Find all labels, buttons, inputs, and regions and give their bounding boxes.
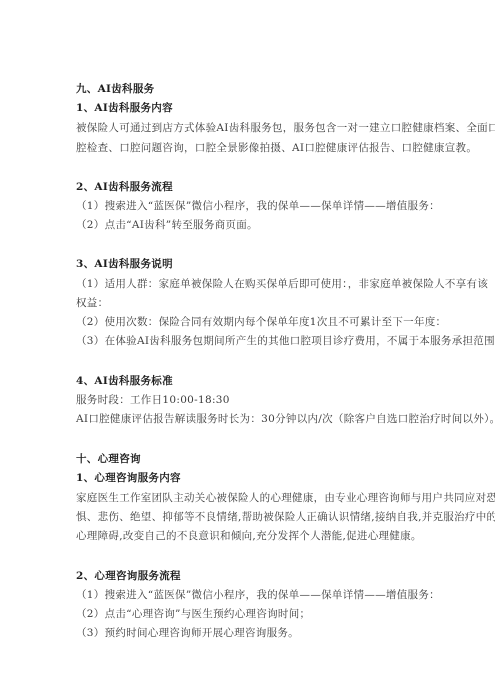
text-line: AI口腔健康评估报告解读服务时长为：30分钟以内/次（除客户自选口腔治疗时间以外… [76,412,495,426]
list-item: （3）在体验AI齿科服务包期间所产生的其他口腔项目诊疗费用，不属于本服务承担范围… [76,334,495,348]
list-item: （2）使用次数：保险合同有效期内每个保单年度1次且不可累计至下一年度： [76,315,446,329]
section-heading-psych-consult: 十、心理咨询 [76,452,141,466]
list-item: （2）点击“心理咨询”与医生预约心理咨询时间； [76,607,310,621]
section-heading-ai-dental: 九、AI齿科服务 [76,82,154,96]
subheading-ai-dental-content: 1、AI齿科服务内容 [76,101,173,115]
subheading-ai-dental-process: 2、AI齿科服务流程 [76,180,173,194]
subheading-psych-process: 2、心理咨询服务流程 [76,569,181,583]
list-item: （1）搜索进入“蓝医保”微信小程序，我的保单——保单详情——增值服务： [76,588,440,602]
paragraph-line: 被保险人可通过到店方式体验AI齿科服务包，服务包含一对一建立口腔健康档案、全面口 [76,121,495,135]
list-item: （1）搜索进入“蓝医保”微信小程序，我的保单——保单详情——增值服务： [76,199,440,213]
list-item: （1）适用人群：家庭单被保险人在购买保单后即可使用：，非家庭单被保险人不享有该 [76,277,488,291]
list-item-continuation: 权益： [76,296,108,310]
text-line: 服务时段：工作日10:00-18:30 [76,393,230,407]
subheading-ai-dental-notes: 3、AI齿科服务说明 [76,257,173,271]
list-item: （3）预约时间心理咨询师开展心理咨询服务。 [76,626,299,640]
document-page: 九、AI齿科服务 1、AI齿科服务内容 被保险人可通过到店方式体验AI齿科服务包… [0,0,495,700]
subheading-ai-dental-standard: 4、AI齿科服务标准 [76,374,173,388]
paragraph-line: 心理障碍,改变自己的不良意识和倾向,充分发挥个人潜能,促进心理健康。 [76,529,422,543]
paragraph-line: 家庭医生工作室团队主动关心被保险人的心理健康，由专业心理咨询师与用户共同应对恐 [76,491,495,505]
list-item: （2）点击“AI齿科”转至服务商页面。 [76,218,258,232]
paragraph-line: 惧、悲伤、绝望、抑郁等不良情绪,帮助被保险人正确认识情绪,接纳自我,并克服治疗中… [76,510,495,524]
subheading-psych-content: 1、心理咨询服务内容 [76,471,181,485]
paragraph-line: 腔检查、口腔问题咨询，口腔全景影像拍摄、AI口腔健康评估报告、口腔健康宣教。 [76,141,477,155]
